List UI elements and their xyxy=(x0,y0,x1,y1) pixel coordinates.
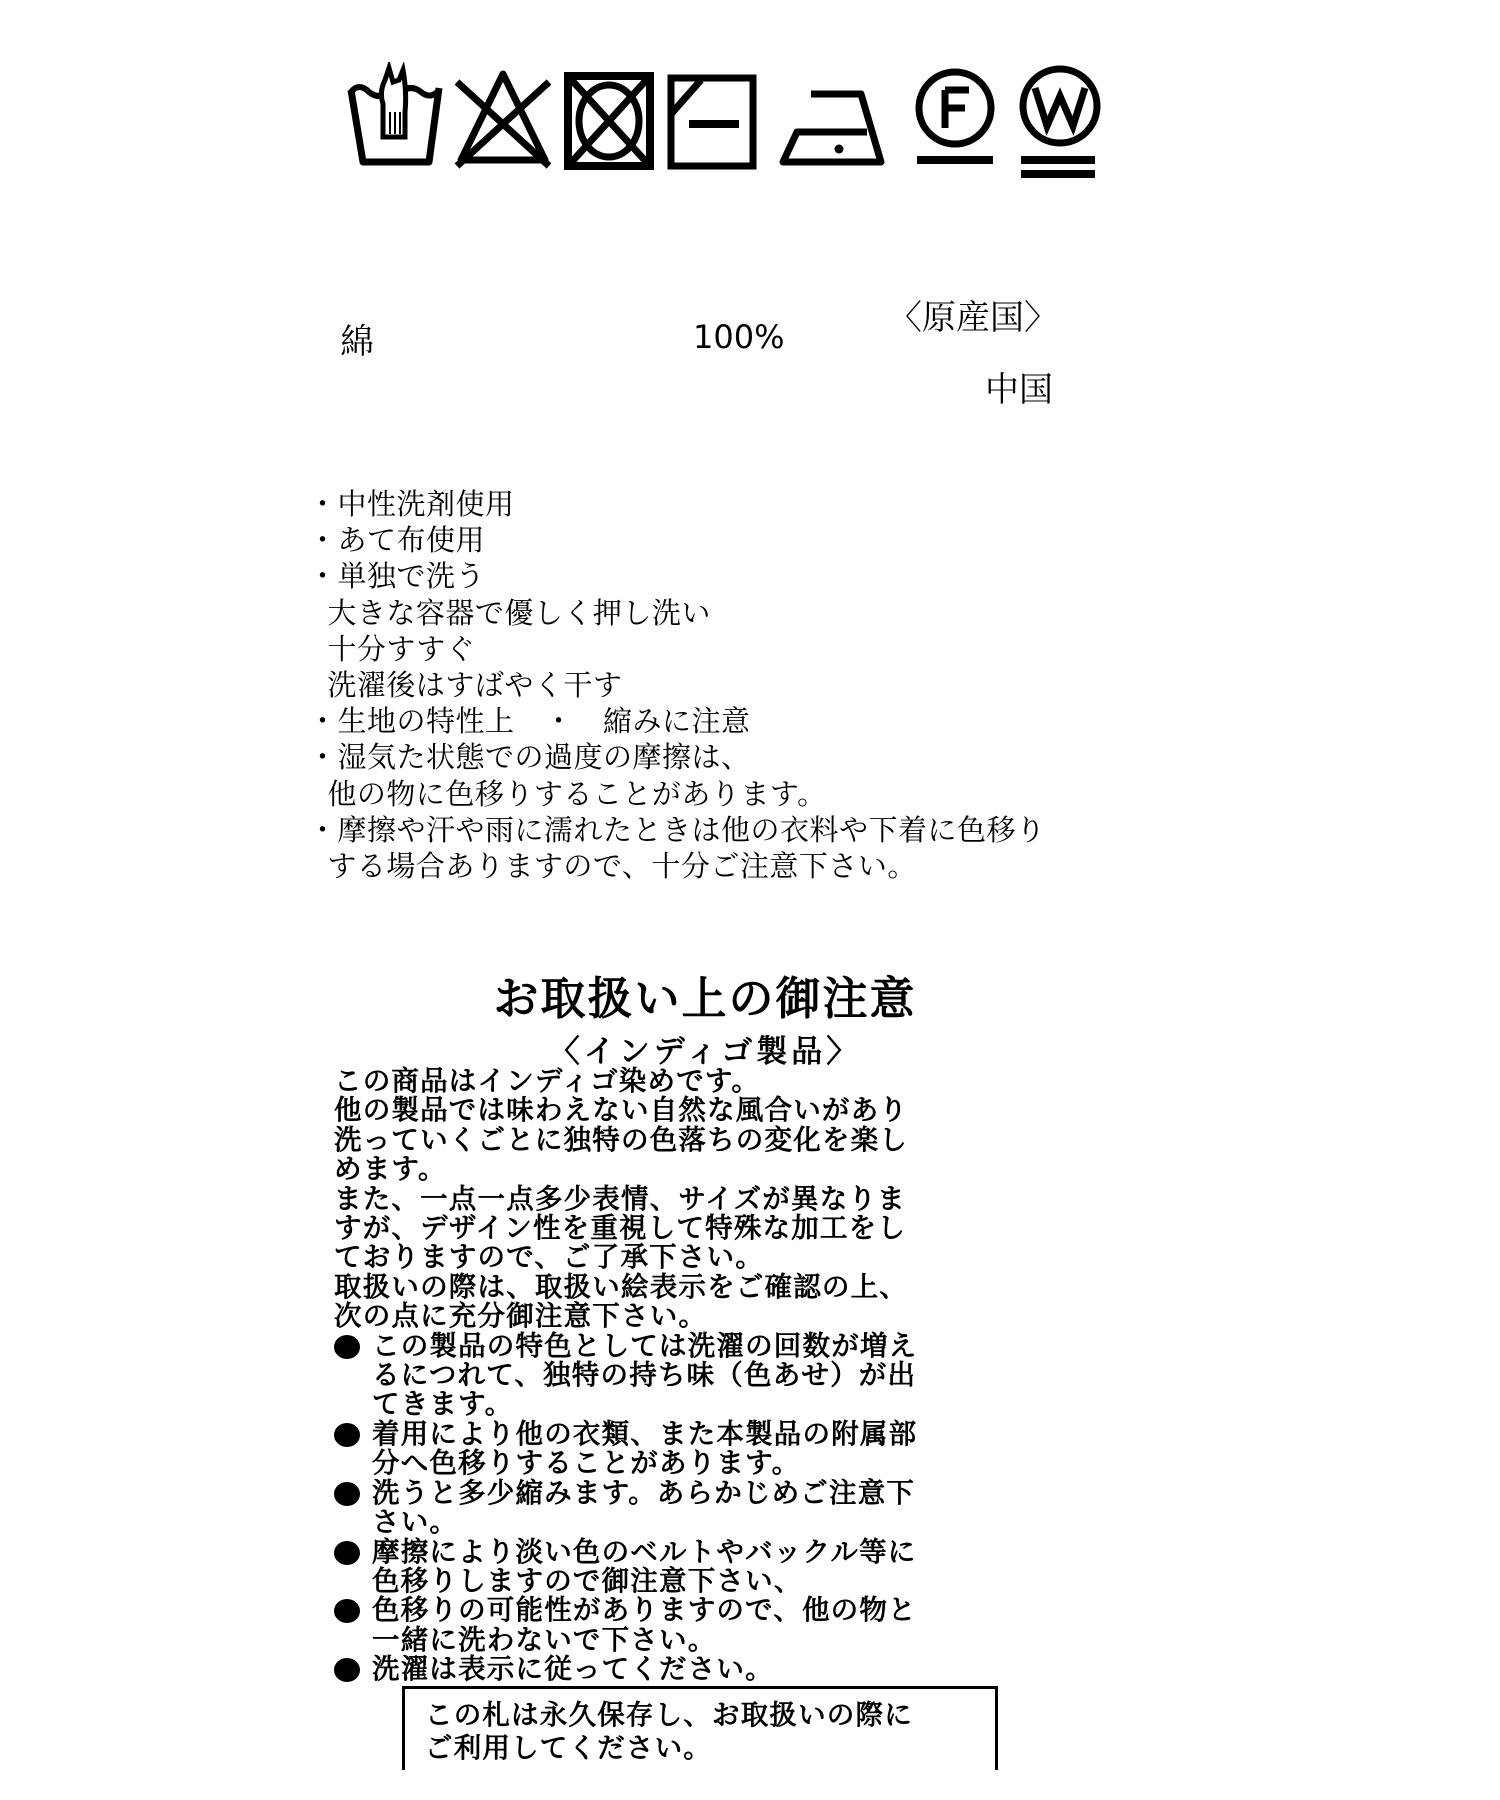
care-instruction: ・あて布使用 xyxy=(308,522,1046,558)
notice-bullet-continuation: てきます。 xyxy=(334,1390,1034,1419)
notice-intro-line: めます。 xyxy=(334,1155,1034,1184)
notice-intro-line: 取扱いの際は、取扱い絵表示をご確認の上、 xyxy=(334,1273,1034,1302)
notice-bullet-item: この製品の特色としては洗濯の回数が増え xyxy=(334,1332,1034,1361)
notice-bullet-continuation: 一緒に洗わないで下さい。 xyxy=(334,1626,1034,1655)
care-instruction: する場合ありますので、十分ご注意下さい。 xyxy=(308,848,1046,884)
notice-intro-line: この商品はインディゴ染めです。 xyxy=(334,1067,1034,1096)
keep-tag-notice-text: この札は永久保存し、お取扱いの際に ご利用してください。 xyxy=(425,1699,913,1765)
notice-bullet-item: 色移りの可能性がありますので、他の物と xyxy=(334,1596,1034,1625)
care-instruction: 他の物に色移りすることがあります。 xyxy=(308,776,1046,812)
notice-intro-line: また、一点一点多少表情、サイズが異なりま xyxy=(334,1185,1034,1214)
notice-bullet-item: 洗うと多少縮みます。あらかじめご注意下 xyxy=(334,1479,1034,1508)
do-not-tumble-dry-icon xyxy=(563,62,655,172)
notice-intro-line: ておりますので、ご了承下さい。 xyxy=(334,1243,1034,1272)
notice-intro-line: すが、デザイン性を重視して特殊な加工をし xyxy=(334,1214,1034,1243)
bullet-icon xyxy=(334,1599,360,1623)
care-symbols-row: F xyxy=(345,62,1115,182)
notice-intro-line: 洗っていくごとに独特の色落ちの変化を楽し xyxy=(334,1126,1034,1155)
notice-intro-line: 他の製品では味わえない自然な風合いがあり xyxy=(334,1096,1034,1125)
do-not-bleach-icon xyxy=(453,62,553,172)
notice-bullet-continuation: るにつれて、独特の持ち味（色あせ）が出 xyxy=(334,1361,1034,1390)
svg-text:F: F xyxy=(905,62,906,63)
dry-flat-shade-icon xyxy=(667,62,757,172)
bullet-icon xyxy=(334,1541,360,1565)
care-instruction: 大きな容器で優しく押し洗い xyxy=(308,595,1046,631)
notice-body: この商品はインディゴ染めです。 他の製品では味わえない自然な風合いがあり 洗って… xyxy=(334,1067,1034,1685)
notice-bullet-continuation: さい。 xyxy=(334,1508,1034,1537)
care-instruction: 十分すすぐ xyxy=(308,631,1046,667)
care-instruction: ・生地の特性上 ・ 縮みに注意 xyxy=(308,703,1046,739)
bullet-icon xyxy=(334,1482,360,1506)
fiber-percent: 100% xyxy=(693,318,784,356)
bullet-icon xyxy=(334,1658,360,1682)
bullet-icon xyxy=(334,1423,360,1447)
wet-clean-w-icon xyxy=(1015,62,1105,182)
notice-bullet-continuation: 色移りしますので御注意下さい、 xyxy=(334,1567,1034,1596)
notice-bullet-item: 着用により他の衣類、また本製品の附属部 xyxy=(334,1420,1034,1449)
iron-low-heat-icon xyxy=(777,62,887,172)
dry-clean-f-icon: F xyxy=(905,62,1005,172)
care-instruction: ・単独で洗う xyxy=(308,558,1046,594)
hand-wash-icon xyxy=(345,62,445,172)
notice-bullet-continuation: 分へ色移りすることがあります。 xyxy=(334,1449,1034,1478)
page-bottom-margin xyxy=(0,1770,1500,1800)
care-instruction: ・中性洗剤使用 xyxy=(308,486,1046,522)
notice-bullet-item: 摩擦により淡い色のベルトやバックル等に xyxy=(334,1538,1034,1567)
care-instruction: ・摩擦や汗や雨に濡れたときは他の衣料や下着に色移り xyxy=(308,812,1046,848)
origin-value: 中国 xyxy=(985,362,1053,411)
care-instructions-list: ・中性洗剤使用 ・あて布使用 ・単独で洗う 大きな容器で優しく押し洗い 十分すす… xyxy=(308,486,1046,884)
origin-label: 〈原産国〉 xyxy=(888,290,1058,339)
notice-intro-line: 次の点に充分御注意下さい。 xyxy=(334,1302,1034,1331)
care-instruction: ・湿気た状態での過度の摩擦は、 xyxy=(308,739,1046,775)
care-instruction: 洗濯後はすばやく干す xyxy=(308,667,1046,703)
fiber-name: 綿 xyxy=(340,314,374,363)
bullet-icon xyxy=(334,1335,360,1359)
notice-title: お取扱い上の御注意 xyxy=(0,962,1410,1027)
notice-bullet-item: 洗濯は表示に従ってください。 xyxy=(334,1655,1034,1684)
